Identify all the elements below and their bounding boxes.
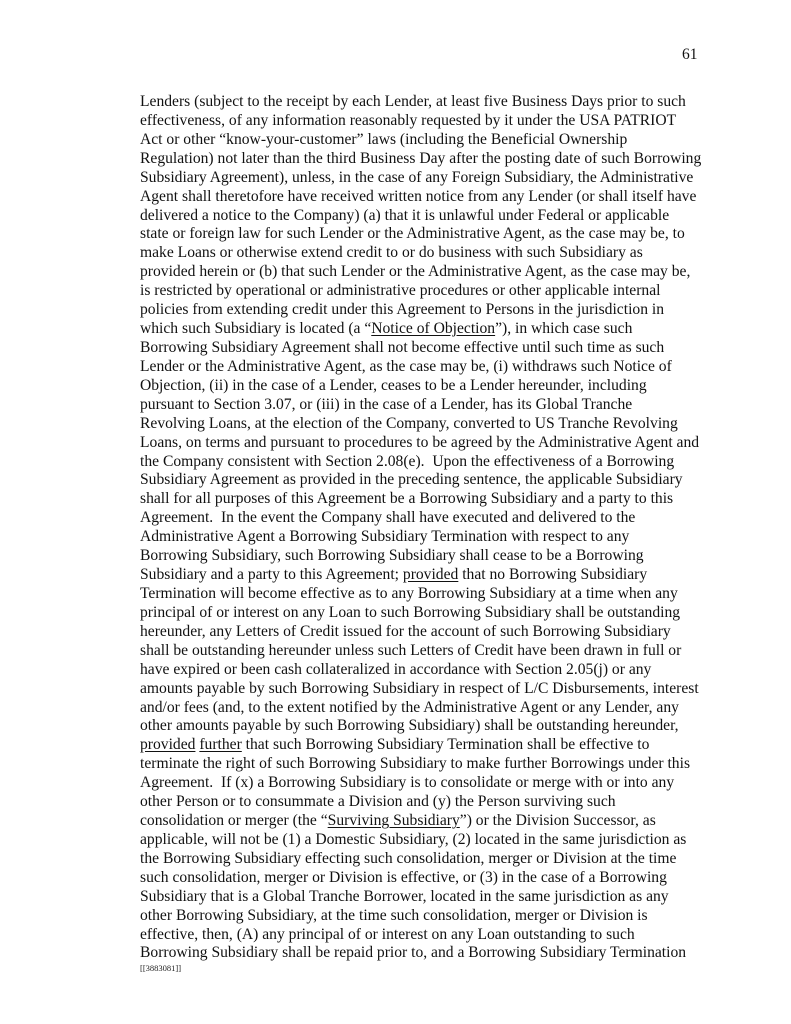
document-page: 61 Lenders (subject to the receipt by ea… — [0, 0, 791, 1024]
text-line: Lender or the Administrative Agent, as t… — [140, 358, 720, 377]
text-run: state or foreign law for such Lender or … — [140, 225, 685, 242]
text-line: Lenders (subject to the receipt by each … — [140, 93, 720, 112]
text-run: have expired or been cash collateralized… — [140, 661, 651, 678]
text-line: Agent shall theretofore have received wr… — [140, 188, 720, 207]
text-line: Subsidiary Agreement as provided in the … — [140, 471, 720, 490]
text-line: Borrowing Subsidiary Agreement shall not… — [140, 339, 720, 358]
text-line: shall for all purposes of this Agreement… — [140, 490, 720, 509]
text-line: pursuant to Section 3.07, or (iii) in th… — [140, 396, 720, 415]
text-run: other Person or to consummate a Division… — [140, 793, 616, 810]
text-run: Lenders (subject to the receipt by each … — [140, 93, 686, 110]
text-run: Agreement. If (x) a Borrowing Subsidiary… — [140, 774, 674, 791]
text-line: Regulation) not later than the third Bus… — [140, 150, 720, 169]
text-line: state or foreign law for such Lender or … — [140, 225, 720, 244]
text-run: that such Borrowing Subsidiary Terminati… — [242, 736, 650, 753]
text-run: the Borrowing Subsidiary effecting such … — [140, 850, 676, 867]
text-line: consolidation or merger (the “Surviving … — [140, 812, 720, 831]
text-line: amounts payable by such Borrowing Subsid… — [140, 680, 720, 699]
text-line: terminate the right of such Borrowing Su… — [140, 755, 720, 774]
text-line: Subsidiary and a party to this Agreement… — [140, 566, 720, 585]
text-line: policies from extending credit under thi… — [140, 301, 720, 320]
text-line: shall be outstanding hereunder unless su… — [140, 642, 720, 661]
text-line: and/or fees (and, to the extent notified… — [140, 699, 720, 718]
text-run: hereunder, any Letters of Credit issued … — [140, 623, 671, 640]
emphasis-provided: provided — [140, 736, 195, 753]
text-run: that no Borrowing Subsidiary — [458, 566, 647, 583]
emphasis-further: further — [199, 736, 241, 753]
text-run: effectiveness, of any information reason… — [140, 112, 676, 129]
text-line: have expired or been cash collateralized… — [140, 661, 720, 680]
text-line: delivered a notice to the Company) (a) t… — [140, 207, 720, 226]
text-run: pursuant to Section 3.07, or (iii) in th… — [140, 396, 632, 413]
text-run: is restricted by operational or administ… — [140, 282, 660, 299]
text-run: Subsidiary and a party to this Agreement… — [140, 566, 403, 583]
text-run: Termination will become effective as to … — [140, 585, 678, 602]
text-line: Act or other “know-your-customer” laws (… — [140, 131, 720, 150]
text-run: terminate the right of such Borrowing Su… — [140, 755, 690, 772]
text-run: policies from extending credit under thi… — [140, 301, 664, 318]
text-line: make Loans or otherwise extend credit to… — [140, 244, 720, 263]
text-line: Agreement. If (x) a Borrowing Subsidiary… — [140, 774, 720, 793]
text-line: is restricted by operational or administ… — [140, 282, 720, 301]
text-run: Regulation) not later than the third Bus… — [140, 150, 701, 167]
text-run: such consolidation, merger or Division i… — [140, 869, 667, 886]
text-run: other Borrowing Subsidiary, at the time … — [140, 907, 648, 924]
text-line: other Borrowing Subsidiary, at the time … — [140, 907, 720, 926]
page-number: 61 — [682, 46, 698, 64]
text-run: Subsidiary that is a Global Tranche Borr… — [140, 888, 669, 905]
text-run: Lender or the Administrative Agent, as t… — [140, 358, 672, 375]
text-run: make Loans or otherwise extend credit to… — [140, 244, 643, 261]
text-run: which such Subsidiary is located (a “ — [140, 320, 371, 337]
text-line: Administrative Agent a Borrowing Subsidi… — [140, 528, 720, 547]
text-line: effectiveness, of any information reason… — [140, 112, 720, 131]
text-line: the Borrowing Subsidiary effecting such … — [140, 850, 720, 869]
text-run: shall for all purposes of this Agreement… — [140, 490, 673, 507]
text-run: Subsidiary Agreement as provided in the … — [140, 471, 683, 488]
text-line: applicable, will not be (1) a Domestic S… — [140, 831, 720, 850]
text-line: principal of or interest on any Loan to … — [140, 604, 720, 623]
text-run: Revolving Loans, at the election of the … — [140, 415, 678, 432]
body-paragraph: Lenders (subject to the receipt by each … — [140, 93, 720, 963]
text-run: Agreement. In the event the Company shal… — [140, 509, 635, 526]
defined-term-notice-of-objection: Notice of Objection — [371, 320, 495, 337]
text-run: other amounts payable by such Borrowing … — [140, 717, 679, 734]
text-run: consolidation or merger (the “ — [140, 812, 328, 829]
emphasis-provided: provided — [403, 566, 458, 583]
text-run: delivered a notice to the Company) (a) t… — [140, 207, 669, 224]
text-line: hereunder, any Letters of Credit issued … — [140, 623, 720, 642]
text-run: principal of or interest on any Loan to … — [140, 604, 680, 621]
text-line: provided herein or (b) that such Lender … — [140, 263, 720, 282]
text-line: Loans, on terms and pursuant to procedur… — [140, 434, 720, 453]
text-run: Loans, on terms and pursuant to procedur… — [140, 434, 699, 451]
text-line: Objection, (ii) in the case of a Lender,… — [140, 377, 720, 396]
text-run: Borrowing Subsidiary, such Borrowing Sub… — [140, 547, 644, 564]
text-line: Subsidiary that is a Global Tranche Borr… — [140, 888, 720, 907]
text-line: effective, then, (A) any principal of or… — [140, 926, 720, 945]
text-line: Borrowing Subsidiary shall be repaid pri… — [140, 944, 720, 963]
text-line: Termination will become effective as to … — [140, 585, 720, 604]
text-line: such consolidation, merger or Division i… — [140, 869, 720, 888]
text-run: Borrowing Subsidiary Agreement shall not… — [140, 339, 664, 356]
text-line: Subsidiary Agreement), unless, in the ca… — [140, 169, 720, 188]
text-run: Subsidiary Agreement), unless, in the ca… — [140, 169, 693, 186]
text-line: other amounts payable by such Borrowing … — [140, 717, 720, 736]
text-run: effective, then, (A) any principal of or… — [140, 926, 635, 943]
text-run: Act or other “know-your-customer” laws (… — [140, 131, 627, 148]
text-run: Administrative Agent a Borrowing Subsidi… — [140, 528, 629, 545]
text-line: other Person or to consummate a Division… — [140, 793, 720, 812]
text-line: the Company consistent with Section 2.08… — [140, 453, 720, 472]
text-line: Borrowing Subsidiary, such Borrowing Sub… — [140, 547, 720, 566]
text-run: and/or fees (and, to the extent notified… — [140, 699, 679, 716]
text-run: amounts payable by such Borrowing Subsid… — [140, 680, 699, 697]
text-line: Agreement. In the event the Company shal… — [140, 509, 720, 528]
defined-term-surviving-subsidiary: Surviving Subsidiary — [328, 812, 460, 829]
text-line: Revolving Loans, at the election of the … — [140, 415, 720, 434]
text-run: Borrowing Subsidiary shall be repaid pri… — [140, 944, 686, 961]
text-run: Objection, (ii) in the case of a Lender,… — [140, 377, 647, 394]
text-line: provided further that such Borrowing Sub… — [140, 736, 720, 755]
text-run: ”) or the Division Successor, as — [460, 812, 656, 829]
text-line: which such Subsidiary is located (a “Not… — [140, 320, 720, 339]
text-run: applicable, will not be (1) a Domestic S… — [140, 831, 686, 848]
text-run: ”), in which case such — [495, 320, 632, 337]
text-run: the Company consistent with Section 2.08… — [140, 453, 674, 470]
document-id-footer: [[3883081]] — [140, 963, 181, 973]
text-run: shall be outstanding hereunder unless su… — [140, 642, 681, 659]
text-run: provided herein or (b) that such Lender … — [140, 263, 690, 280]
text-run: Agent shall theretofore have received wr… — [140, 188, 696, 205]
